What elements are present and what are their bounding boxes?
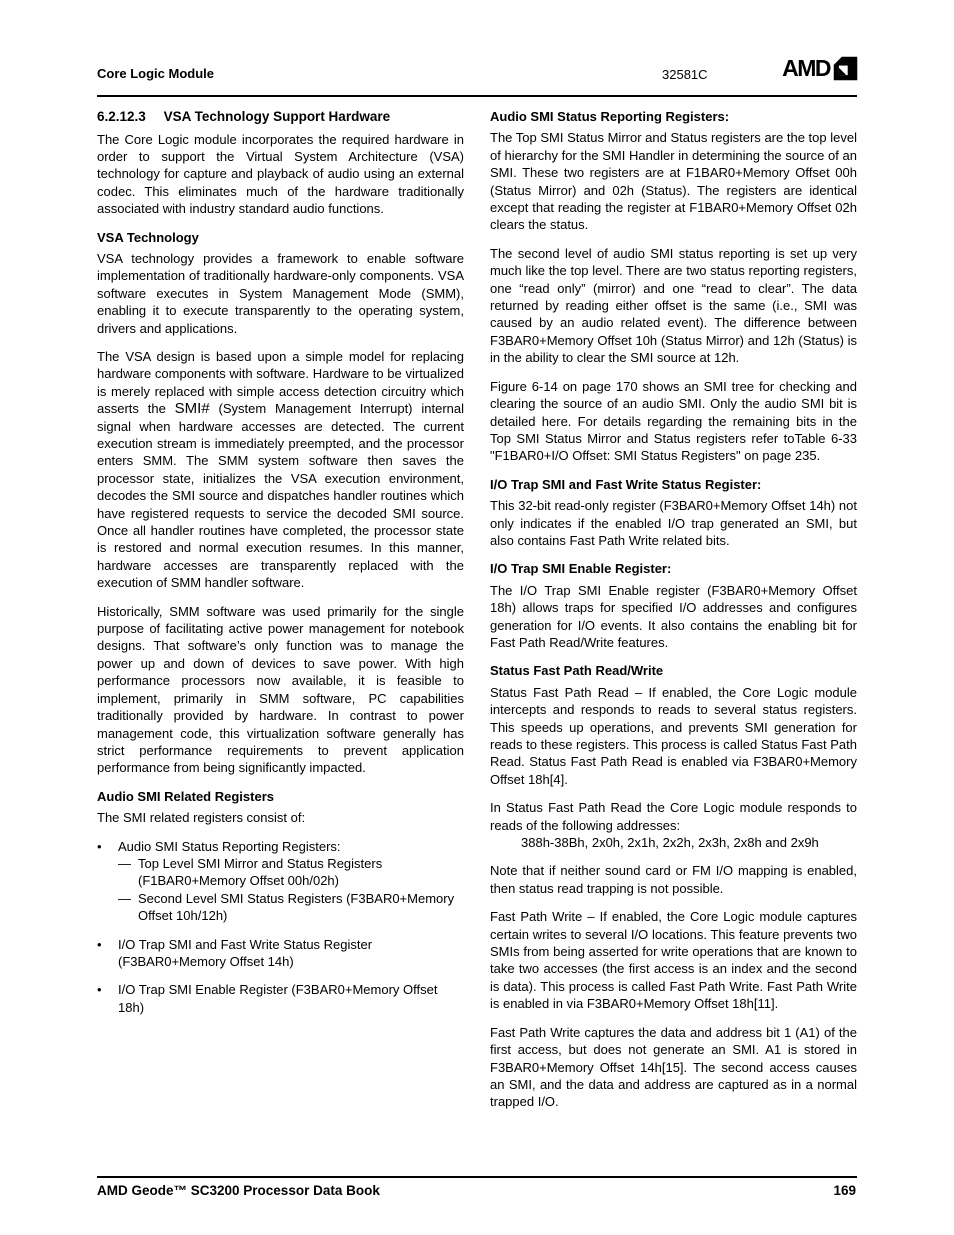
header-rule bbox=[97, 95, 857, 97]
page-number: 169 bbox=[833, 1183, 856, 1198]
left-column: 6.2.12.3 VSA Technology Support Hardware… bbox=[97, 108, 464, 1122]
datasheet-page: Core Logic Module 32581C AMD 6.2.12.3 VS… bbox=[0, 0, 954, 1235]
bullet-marker: • bbox=[97, 981, 118, 1016]
paragraph: Figure 6-14 on page 170 shows an SMI tre… bbox=[490, 378, 857, 465]
section-title: VSA Technology Support Hardware bbox=[164, 109, 391, 124]
subsection-heading-audio-smi-related-registers: Audio SMI Related Registers bbox=[97, 788, 464, 805]
paragraph: The Top SMI Status Mirror and Status reg… bbox=[490, 129, 857, 233]
amd-logo: AMD bbox=[782, 56, 858, 81]
paragraph: Note that if neither sound card or FM I/… bbox=[490, 862, 857, 897]
paragraph: The SMI related registers consist of: bbox=[97, 809, 464, 826]
address-list-line: 388h-38Bh, 2x0h, 2x1h, 2x2h, 2x3h, 2x8h … bbox=[490, 834, 857, 851]
list-item: • I/O Trap SMI and Fast Write Status Reg… bbox=[97, 936, 464, 971]
list-item: • I/O Trap SMI Enable Register (F3BAR0+M… bbox=[97, 981, 464, 1016]
bullet-list: • Audio SMI Status Reporting Registers: … bbox=[97, 838, 464, 1017]
paragraph: Status Fast Path Read – If enabled, the … bbox=[490, 684, 857, 788]
list-item-body: Audio SMI Status Reporting Registers: — … bbox=[118, 838, 464, 925]
paragraph: VSA technology provides a framework to e… bbox=[97, 250, 464, 337]
paragraph: The I/O Trap SMI Enable register (F3BAR0… bbox=[490, 582, 857, 652]
sub-list-item: — Top Level SMI Mirror and Status Regist… bbox=[118, 855, 464, 890]
amd-arrow-icon bbox=[833, 56, 858, 81]
subsection-heading-vsa-technology: VSA Technology bbox=[97, 229, 464, 246]
paragraph: Historically, SMM software was used prim… bbox=[97, 603, 464, 777]
paragraph: Fast Path Write – If enabled, the Core L… bbox=[490, 908, 857, 1012]
smi-signal-name: SMI# bbox=[175, 400, 210, 417]
sub-list-item: — Second Level SMI Status Registers (F3B… bbox=[118, 890, 464, 925]
page-content: 6.2.12.3 VSA Technology Support Hardware… bbox=[97, 108, 857, 1122]
amd-logo-text: AMD bbox=[782, 57, 830, 80]
subsection-heading-audio-smi-status-reporting: Audio SMI Status Reporting Registers: bbox=[490, 108, 857, 125]
paragraph: The second level of audio SMI status rep… bbox=[490, 245, 857, 367]
paragraph: The VSA design is based upon a simple mo… bbox=[97, 348, 464, 592]
paragraph: In Status Fast Path Read the Core Logic … bbox=[490, 799, 857, 834]
subsection-heading-io-trap-smi-fast-write-status: I/O Trap SMI and Fast Write Status Regis… bbox=[490, 476, 857, 493]
bullet-marker: • bbox=[97, 936, 118, 971]
paragraph-text: (System Management Interrupt) internal s… bbox=[97, 401, 464, 590]
header-title: Core Logic Module bbox=[97, 66, 214, 81]
section-heading: 6.2.12.3 VSA Technology Support Hardware bbox=[97, 108, 464, 126]
sub-list-item-text: Top Level SMI Mirror and Status Register… bbox=[138, 855, 464, 890]
section-number: 6.2.12.3 bbox=[97, 109, 146, 124]
list-item-text: I/O Trap SMI and Fast Write Status Regis… bbox=[118, 936, 464, 971]
bullet-marker: • bbox=[97, 838, 118, 925]
footer-book-title: AMD Geode™ SC3200 Processor Data Book bbox=[97, 1183, 380, 1198]
doc-number: 32581C bbox=[662, 67, 708, 82]
paragraph: This 32-bit read-only register (F3BAR0+M… bbox=[490, 497, 857, 549]
paragraph: Fast Path Write captures the data and ad… bbox=[490, 1024, 857, 1111]
sub-list-item-text: Second Level SMI Status Registers (F3BAR… bbox=[138, 890, 464, 925]
right-column: Audio SMI Status Reporting Registers: Th… bbox=[490, 108, 857, 1122]
subsection-heading-io-trap-smi-enable: I/O Trap SMI Enable Register: bbox=[490, 560, 857, 577]
list-item-text: I/O Trap SMI Enable Register (F3BAR0+Mem… bbox=[118, 981, 464, 1016]
subsection-heading-status-fast-path: Status Fast Path Read/Write bbox=[490, 662, 857, 679]
footer-rule bbox=[97, 1176, 857, 1178]
list-item: • Audio SMI Status Reporting Registers: … bbox=[97, 838, 464, 925]
paragraph: The Core Logic module incorporates the r… bbox=[97, 131, 464, 218]
dash-marker: — bbox=[118, 855, 138, 890]
list-item-text: Audio SMI Status Reporting Registers: bbox=[118, 838, 464, 855]
dash-marker: — bbox=[118, 890, 138, 925]
